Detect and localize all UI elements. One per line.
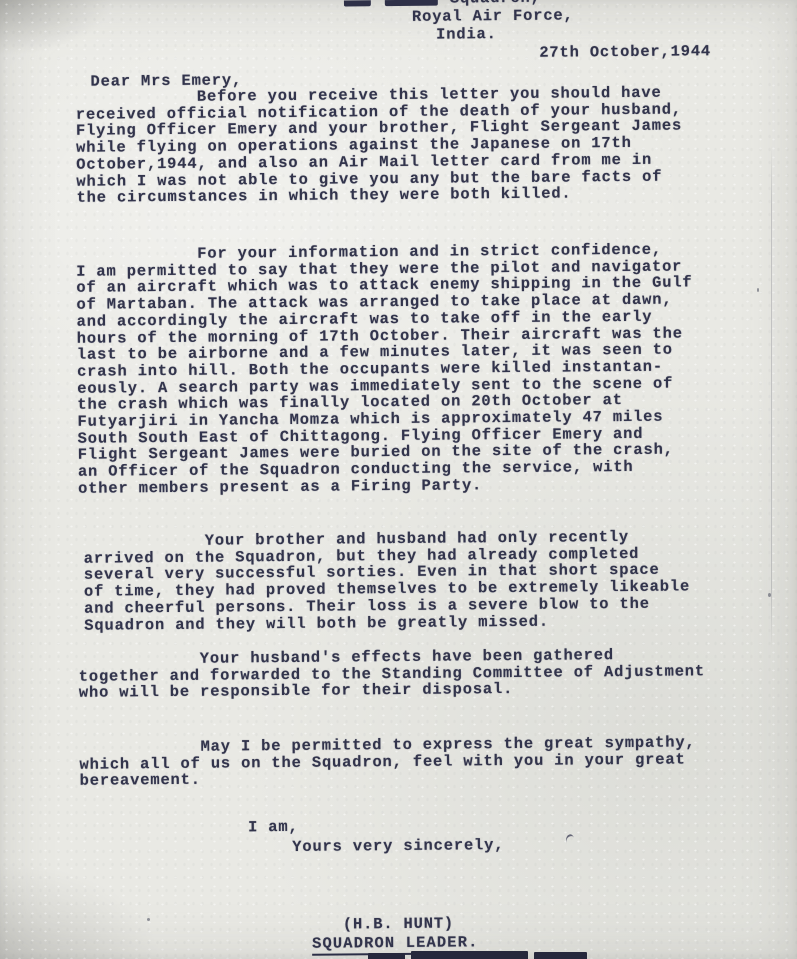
signature-name: (H.B. HUNT) xyxy=(343,916,454,934)
letter-scan: Squadron, Royal Air Force, India. 27th O… xyxy=(0,0,797,959)
paper-speck xyxy=(757,288,759,292)
body-paragraph-2: For your information and in strict confi… xyxy=(76,241,694,497)
letter-content: Squadron, Royal Air Force, India. 27th O… xyxy=(0,0,797,959)
ink-blob xyxy=(534,952,587,959)
cutoff-stamp-bars xyxy=(0,949,797,959)
closing-i-am: I am, xyxy=(248,819,299,836)
closing-sincerely: Yours very sincerely, xyxy=(292,837,504,856)
ink-blob xyxy=(344,0,371,6)
paper-speck xyxy=(147,918,150,921)
ink-blob xyxy=(411,951,528,959)
body-paragraph-5: May I be permitted to express the great … xyxy=(79,734,696,789)
ink-blob xyxy=(368,953,405,959)
letter-date: 27th October,1944 xyxy=(539,43,711,61)
body-paragraph-4: Your husband's effects have been gathere… xyxy=(78,646,705,702)
pen-mark xyxy=(564,833,575,843)
paper-fold-line xyxy=(771,145,772,650)
body-paragraph-1: Before you receive this letter you shoul… xyxy=(76,85,683,207)
letterhead-unit: Royal Air Force, xyxy=(412,7,574,25)
paper-speck xyxy=(768,593,771,597)
letterhead-location: India. xyxy=(436,26,497,43)
body-paragraph-3: Your brother and husband had only recent… xyxy=(83,528,690,634)
ink-blob xyxy=(385,0,438,6)
